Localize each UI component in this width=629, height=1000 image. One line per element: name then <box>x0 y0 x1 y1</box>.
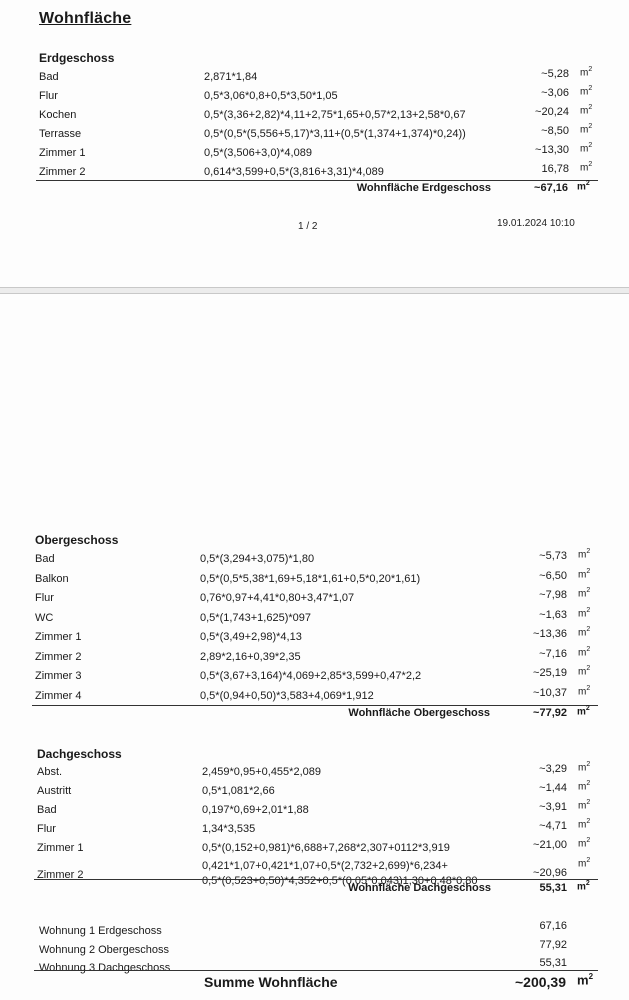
area-formula: 0,5*(3,67+3,164)*4,069+2,85*3,599+0,47*2… <box>200 670 421 682</box>
total-label: Wohnfläche Obergeschoss <box>340 707 490 719</box>
unit-label: m2 <box>577 972 593 987</box>
room-name: Austritt <box>37 785 71 797</box>
area-formula: 2,871*1,84 <box>204 71 257 83</box>
unit-label: m2 <box>578 665 590 677</box>
room-name: Bad <box>39 71 59 83</box>
area-value: ~3,06 <box>499 87 569 99</box>
unit-label: m2 <box>578 818 590 830</box>
room-name: Abst. <box>37 766 62 778</box>
area-value: ~4,71 <box>497 820 567 832</box>
area-formula: 0,197*0,69+2,01*1,88 <box>202 804 309 816</box>
summary-label: Wohnung 1 Erdgeschoss <box>39 925 162 937</box>
room-name: Zimmer 1 <box>37 842 83 854</box>
area-formula: 0,5*(0,5*5,38*1,69+5,18*1,61+0,5*0,20*1,… <box>200 573 420 585</box>
unit-label: m2 <box>578 685 590 697</box>
unit-label: m2 <box>580 85 592 97</box>
area-value: ~3,91 <box>497 801 567 813</box>
room-name: Kochen <box>39 109 76 121</box>
room-name: Terrasse <box>39 128 81 140</box>
room-name: Zimmer 4 <box>35 690 81 702</box>
area-formula: 0,76*0,97+4,41*0,80+3,47*1,07 <box>200 592 354 604</box>
room-name: Bad <box>37 804 57 816</box>
unit-label: m2 <box>578 587 590 599</box>
unit-label: m2 <box>577 880 590 892</box>
area-value: ~7,16 <box>497 648 567 660</box>
unit-label: m2 <box>578 626 590 638</box>
divider-line <box>36 180 598 181</box>
total-value: ~67,16 <box>498 182 568 194</box>
room-name: Zimmer 2 <box>39 166 85 178</box>
grand-total-value: ~200,39 <box>476 974 566 990</box>
area-value: ~13,30 <box>499 144 569 156</box>
divider-line <box>34 879 598 880</box>
area-formula: 0,5*(0,94+0,50)*3,583+4,069*1,912 <box>200 690 374 702</box>
summary-value: 67,16 <box>497 920 567 932</box>
unit-label: m2 <box>578 837 590 849</box>
unit-label: m2 <box>580 123 592 135</box>
unit-label: m2 <box>578 548 590 560</box>
page-2: Obergeschoss Bad0,5*(3,294+3,075)*1,80~5… <box>0 294 629 1000</box>
unit-label: m2 <box>580 161 592 173</box>
area-value: ~20,96 <box>497 867 567 879</box>
area-formula: 0,5*1,081*2,66 <box>202 785 275 797</box>
grand-total-label: Summe Wohnfläche <box>204 974 338 990</box>
page-1: Wohnfläche Erdgeschoss Bad2,871*1,84~5,2… <box>0 0 629 288</box>
room-name: Balkon <box>35 573 69 585</box>
unit-label: m2 <box>578 568 590 580</box>
divider-line <box>34 970 598 971</box>
unit-label: m2 <box>578 607 590 619</box>
room-name: Zimmer 1 <box>35 631 81 643</box>
unit-label: m2 <box>578 857 590 869</box>
section-heading-erdgeschoss: Erdgeschoss <box>39 51 114 65</box>
summary-label: Wohnung 2 Obergeschoss <box>39 944 169 956</box>
page-number: 1 / 2 <box>298 221 317 232</box>
area-value: ~3,29 <box>497 763 567 775</box>
area-formula: 2,89*2,16+0,39*2,35 <box>200 651 301 663</box>
area-formula: 0,5*(3,49+2,98)*4,13 <box>200 631 302 643</box>
unit-label: m2 <box>577 180 590 192</box>
section-heading-dachgeschoss: Dachgeschoss <box>37 747 122 761</box>
unit-label: m2 <box>578 780 590 792</box>
room-name: Zimmer 1 <box>39 147 85 159</box>
unit-label: m2 <box>577 705 590 717</box>
area-value: ~8,50 <box>499 125 569 137</box>
room-name: Flur <box>39 90 58 102</box>
room-name: Bad <box>35 553 55 565</box>
unit-label: m2 <box>578 799 590 811</box>
area-formula: 0,5*(0,152+0,981)*6,688+7,268*2,307+0112… <box>202 842 450 854</box>
room-name: WC <box>35 612 53 624</box>
room-name: Zimmer 2 <box>35 651 81 663</box>
unit-label: m2 <box>578 761 590 773</box>
area-formula: 0,5*(3,506+3,0)*4,089 <box>204 147 312 159</box>
summary-label: Wohnung 3 Dachgeschoss <box>39 962 170 974</box>
room-name: Flur <box>35 592 54 604</box>
total-value: 55,31 <box>497 882 567 894</box>
summary-value: 55,31 <box>497 957 567 969</box>
room-name: Zimmer 3 <box>35 670 81 682</box>
area-value: ~21,00 <box>497 839 567 851</box>
area-value: ~10,37 <box>497 687 567 699</box>
unit-label: m2 <box>578 646 590 658</box>
section-heading-obergeschoss: Obergeschoss <box>35 533 118 547</box>
document-title: Wohnfläche <box>39 10 131 28</box>
area-value: ~1,63 <box>497 609 567 621</box>
divider-line <box>32 705 598 706</box>
total-value: ~77,92 <box>497 707 567 719</box>
total-label: Wohnfläche Dachgeschoss <box>345 882 491 894</box>
area-value: ~25,19 <box>497 667 567 679</box>
room-name: Flur <box>37 823 56 835</box>
area-value: 16,78 <box>499 163 569 175</box>
area-formula: 0,5*(0,5*(5,556+5,17)*3,11+(0,5*(1,374+1… <box>204 128 466 140</box>
print-datetime: 19.01.2024 10:10 <box>497 218 575 229</box>
summary-value: 77,92 <box>497 939 567 951</box>
area-value: ~6,50 <box>497 570 567 582</box>
table-row: Zimmer 10,5*(0,152+0,981)*6,688+7,268*2,… <box>37 842 597 861</box>
area-value: ~20,24 <box>499 106 569 118</box>
area-formula: 0,421*1,07+0,421*1,07+0,5*(2,732+2,699)*… <box>202 860 448 872</box>
area-formula: 0,614*3,599+0,5*(3,816+3,31)*4,089 <box>204 166 384 178</box>
area-value: ~5,73 <box>497 550 567 562</box>
area-value: ~1,44 <box>497 782 567 794</box>
unit-label: m2 <box>580 104 592 116</box>
area-value: ~7,98 <box>497 589 567 601</box>
area-formula: 0,5*(3,294+3,075)*1,80 <box>200 553 314 565</box>
unit-label: m2 <box>580 142 592 154</box>
area-formula: 1,34*3,535 <box>202 823 255 835</box>
unit-label: m2 <box>580 66 592 78</box>
area-value: ~13,36 <box>497 628 567 640</box>
area-value: ~5,28 <box>499 68 569 80</box>
total-label: Wohnfläche Erdgeschoss <box>353 182 491 194</box>
area-formula: 0,5*(1,743+1,625)*097 <box>200 612 311 624</box>
area-formula: 0,5*(3,36+2,82)*4,11+2,75*1,65+0,57*2,13… <box>204 109 466 121</box>
area-formula: 0,5*3,06*0,8+0,5*3,50*1,05 <box>204 90 338 102</box>
page-separator <box>0 287 629 294</box>
area-formula: 2,459*0,95+0,455*2,089 <box>202 766 321 778</box>
